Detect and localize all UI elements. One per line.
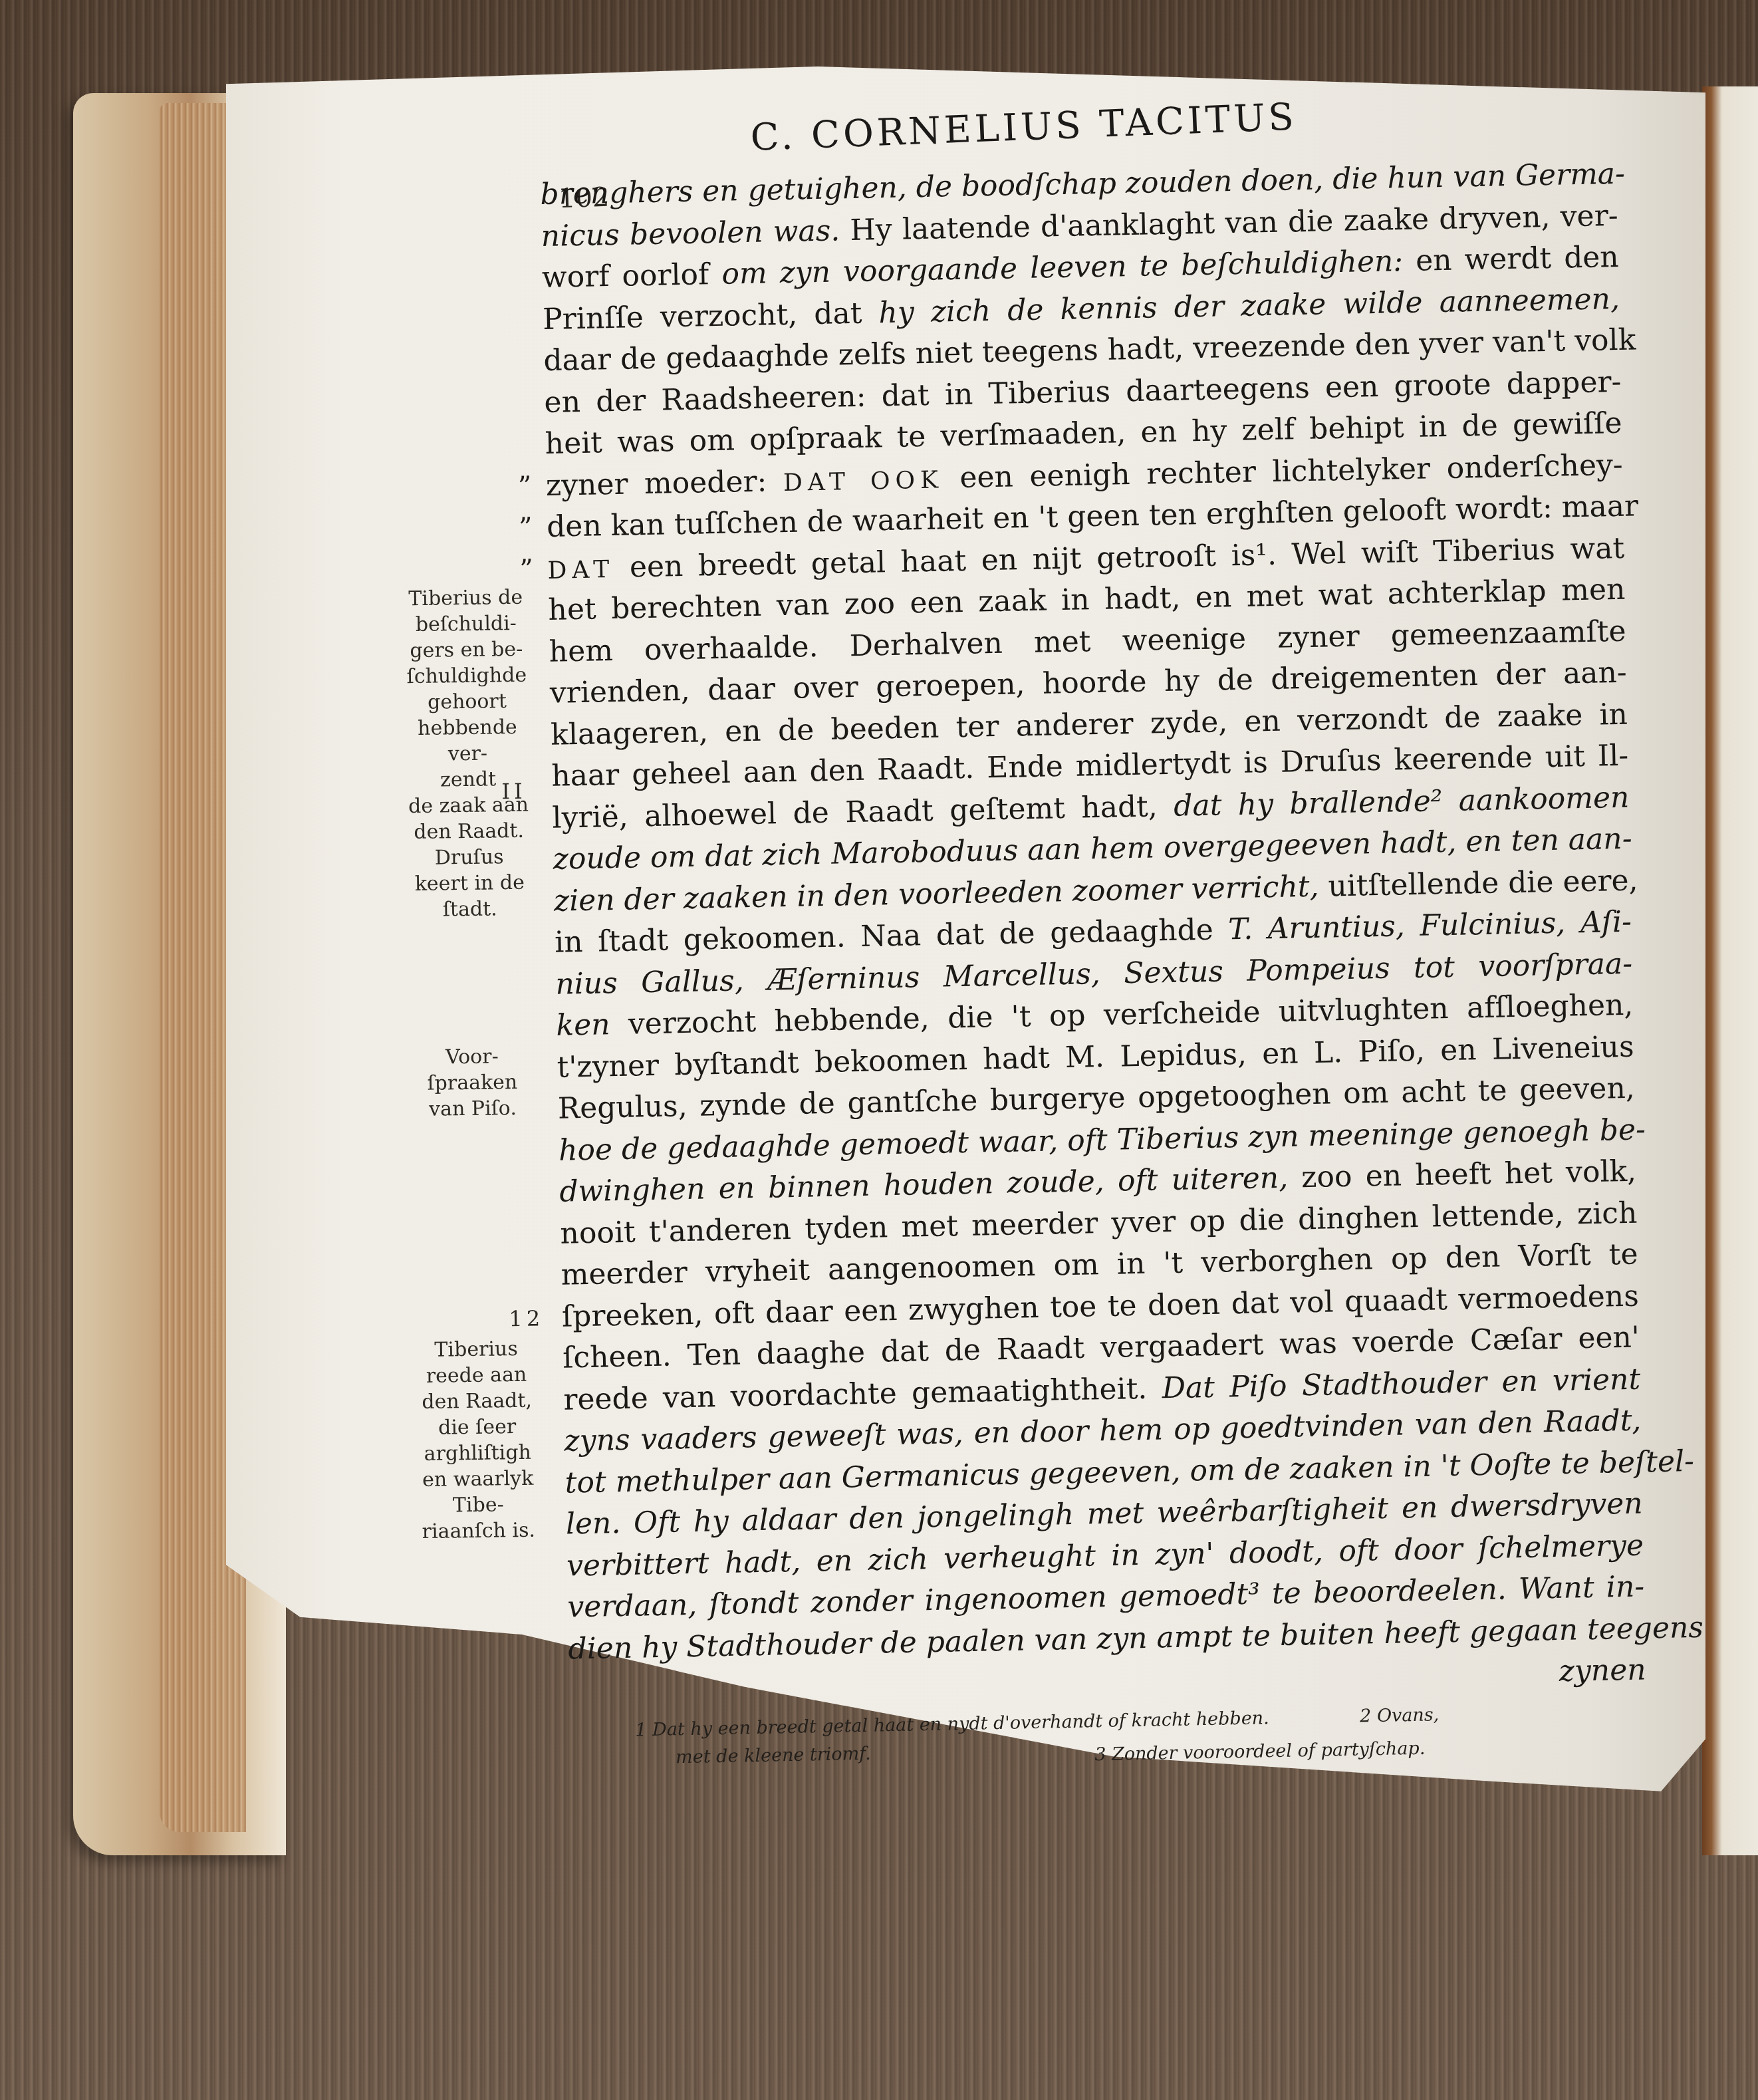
italic-text: ken [556,1007,610,1043]
sidenote-line: Tiberius [410,1335,543,1363]
sidenote-line: ſchuldighde [400,662,534,690]
quotation-mark: ” [517,465,532,507]
sidenote-line: en waarlyk [412,1465,545,1493]
italic-text: T. Aruntius, Fulcinius, Aſi- [1228,905,1632,947]
section-number: 12 [509,1305,544,1332]
italic-text: dat hy brallende² aankoomen [1174,780,1630,823]
sidenote-line: Voor- [406,1043,539,1071]
sidenote-line: gers en be- [400,636,533,664]
sidenote-line: ſpraaken [406,1069,539,1097]
italic-text: zynen [1559,1652,1646,1688]
body-text: brenghers en getuighen, de boodſchap zou… [540,154,1646,1712]
roman-text: en werdt den [1403,240,1620,278]
small-caps-text: DAT OOK [783,466,944,497]
sidenote-line: Tiberius de [399,585,533,612]
sidenote-line: riaanſch is. [412,1517,546,1545]
sidenote-line: arghliſtigh [411,1439,545,1467]
sidenote-line: beſchuldi- [400,610,533,638]
sidenote-line: Tibe- [412,1491,545,1519]
italic-text: nicus bevoolen was. [541,213,840,253]
roman-text: zoo en heeft het volk, [1288,1154,1637,1195]
roman-text: uitſtellende die eere, [1318,863,1638,903]
section-number: II [501,779,527,805]
sidenote-line: keert in de [403,870,537,898]
sidenote-line: van Piſo. [406,1095,540,1123]
roman-text: worf oorlof [541,257,721,295]
sidenote-line: gehoort [400,688,534,716]
small-caps-text: DAT [547,555,615,584]
sidenote-line: die ſeer [410,1413,544,1441]
roman-text: lyrië, alhoewel de Raadt geſtemt hadt, [552,789,1174,835]
sidenote-line: ver- [401,740,535,768]
sidenote-tiberius-speech: Tiberiusreede aanden Raadt,die ſeerarghl… [410,1335,545,1545]
sidenote-line: reede aan [410,1361,543,1389]
sidenote-line: Druſus [402,844,536,872]
footnote-fn2b: met de kleene triomf. [676,1744,871,1768]
sidenote-drusus-returns: Druſuskeert in deſtadt. [402,844,537,924]
roman-text: reede van voordachte gemaatightheit. [563,1371,1162,1416]
sidenote-line: den Raadt, [410,1387,544,1415]
italic-text: Dat Piſo Stadthouder en vrient [1162,1362,1640,1405]
sidenote-advocates-piso: Voor-ſpraakenvan Piſo. [406,1043,540,1123]
facing-page-edge [1702,86,1758,1855]
footnote-fn2: 2 Ovans, [1360,1704,1440,1726]
sidenote-tiberius-hears: Tiberius debeſchuldi-gers en be-ſchuldig… [399,585,535,846]
sidenote-line: ſtadt. [404,896,537,924]
roman-text: Prinſſe verzocht, dat [543,296,879,336]
quotation-mark: ” [519,507,533,549]
sidenote-line: hebbende [401,714,535,742]
roman-text: zyner moeder: [545,464,783,503]
sidenote-line: den Raadt. [402,818,536,846]
